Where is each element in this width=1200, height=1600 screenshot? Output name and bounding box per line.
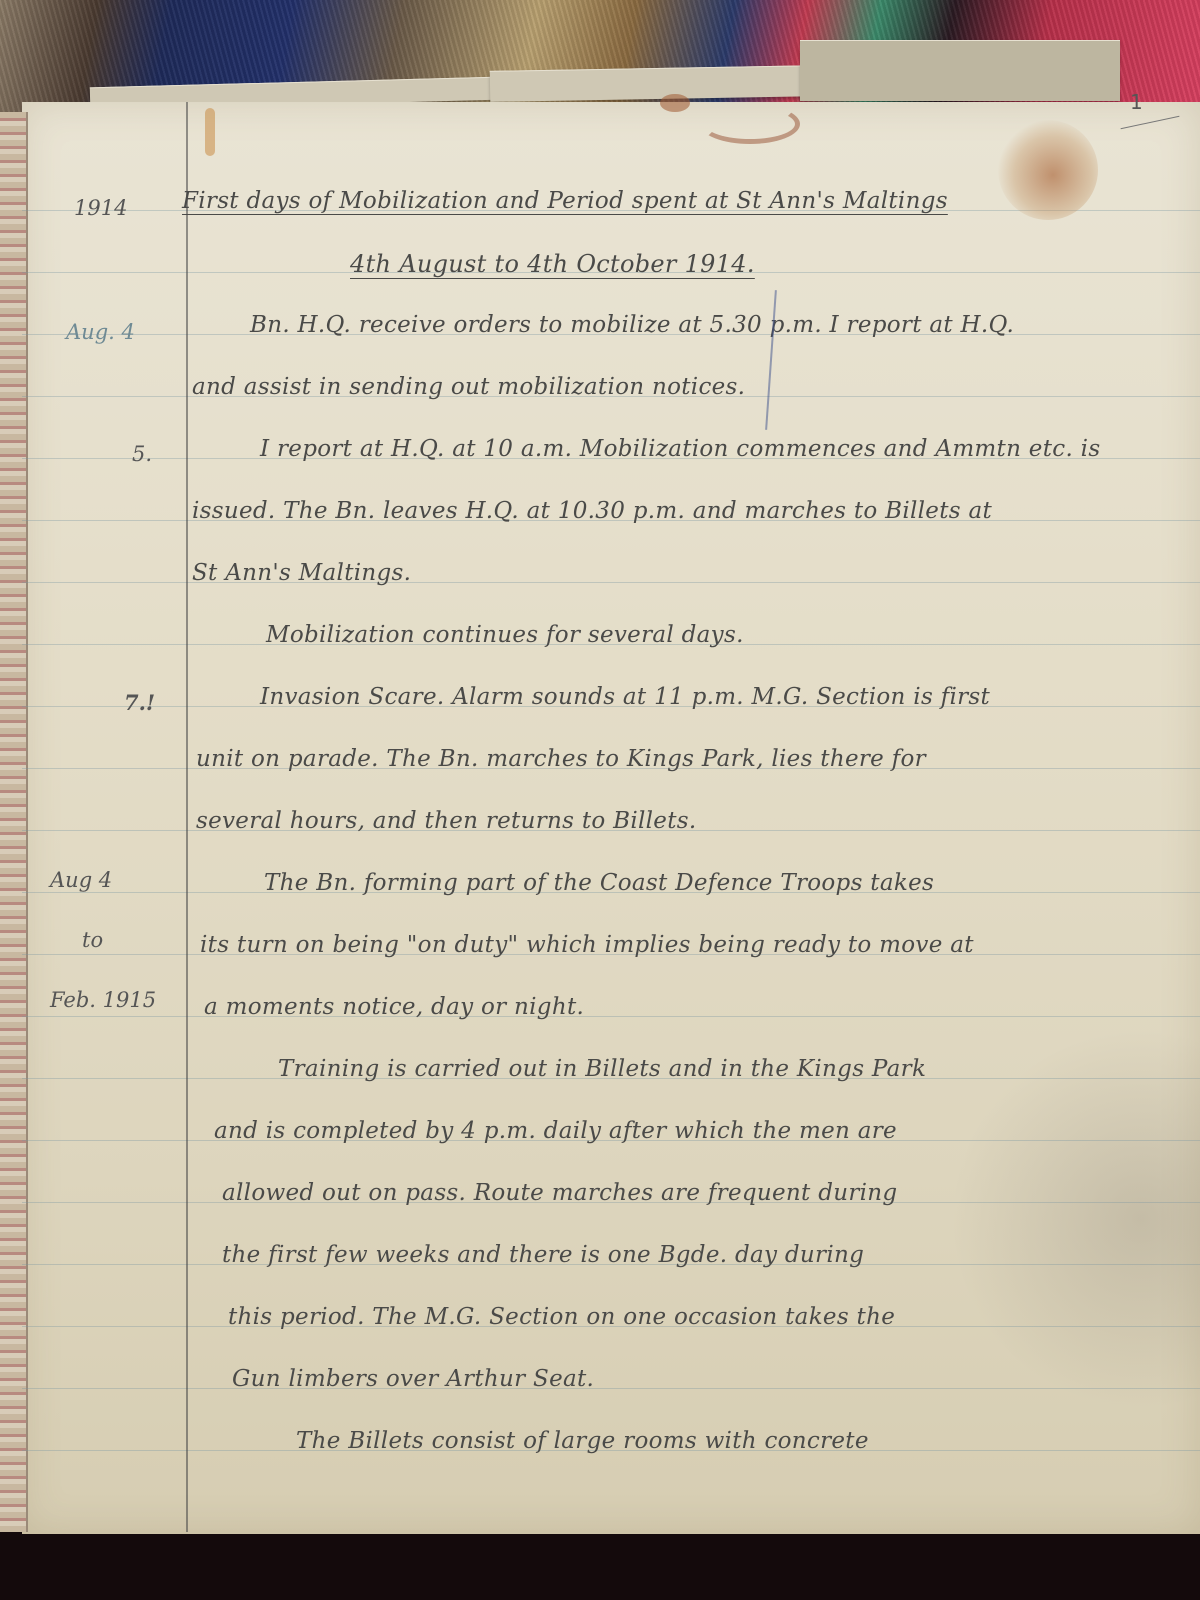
diary-line: Gun limbers over Arthur Seat. — [232, 1366, 594, 1392]
diary-line: Bn. H.Q. receive orders to mobilize at 5… — [250, 312, 1014, 338]
page-edge — [490, 65, 820, 102]
page-number: 1 — [1130, 90, 1143, 114]
diary-line: Mobilization continues for several days. — [266, 622, 744, 648]
table-shadow — [0, 1530, 1200, 1600]
ruled-line — [22, 1016, 1200, 1017]
ruled-line — [22, 1388, 1200, 1389]
diary-line: I report at H.Q. at 10 a.m. Mobilization… — [260, 436, 1100, 462]
margin-note-year: 1914 — [74, 196, 127, 220]
diary-line: allowed out on pass. Route marches are f… — [222, 1180, 897, 1206]
page-edge — [800, 40, 1120, 101]
diary-line: unit on parade. The Bn. marches to Kings… — [196, 746, 926, 772]
diary-line: this period. The M.G. Section on one occ… — [228, 1304, 895, 1330]
margin-note-date: Aug. 4 — [66, 320, 135, 344]
stain — [700, 104, 800, 144]
diary-line: issued. The Bn. leaves H.Q. at 10.30 p.m… — [192, 498, 992, 524]
diary-line: Training is carried out in Billets and i… — [278, 1056, 926, 1082]
diary-line: the first few weeks and there is one Bgd… — [222, 1242, 864, 1268]
stain — [205, 108, 215, 156]
diary-line: Invasion Scare. Alarm sounds at 11 p.m. … — [260, 684, 990, 710]
heading-line-2: 4th August to 4th October 1914. — [350, 250, 755, 278]
stain — [998, 120, 1098, 220]
heading-line-1: First days of Mobilization and Period sp… — [182, 188, 948, 214]
stain — [660, 94, 690, 112]
margin-line — [186, 102, 188, 1532]
diary-line: and assist in sending out mobilization n… — [192, 374, 745, 400]
diary-line: a moments notice, day or night. — [204, 994, 584, 1020]
margin-note-date-range: to — [82, 928, 103, 952]
margin-note-date-range: Aug 4 — [50, 868, 112, 892]
diary-line: several hours, and then returns to Bille… — [196, 808, 696, 834]
margin-note-date: 7.! — [124, 690, 155, 715]
margin-note-date: 5. — [132, 442, 152, 466]
diary-line: The Bn. forming part of the Coast Defenc… — [264, 870, 934, 896]
notebook-binding — [0, 112, 28, 1532]
diary-line: its turn on being "on duty" which implie… — [200, 932, 974, 958]
diary-line: The Billets consist of large rooms with … — [296, 1428, 869, 1454]
margin-note-date-range: Feb. 1915 — [50, 988, 156, 1012]
diary-line: St Ann's Maltings. — [192, 560, 411, 586]
diary-line: and is completed by 4 p.m. daily after w… — [214, 1118, 897, 1144]
